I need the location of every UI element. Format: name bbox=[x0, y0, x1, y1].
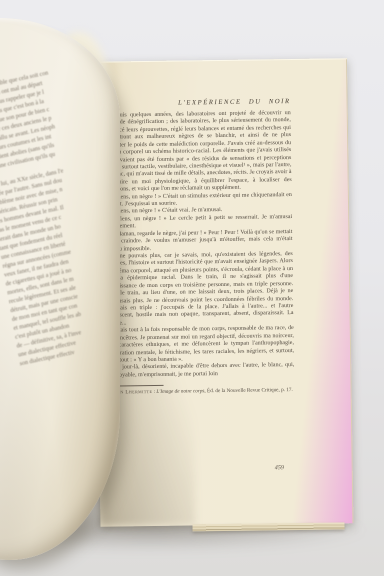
footnote-rest: , Éd. de la Nouvelle Revue Critique, p. … bbox=[204, 387, 292, 394]
paragraph: « Maman, regarde le nègre, j'ai peur ! »… bbox=[104, 229, 292, 254]
book-photo: L'EXPÉRIENCE DU NOIR Depuis quelques ann… bbox=[0, 0, 384, 576]
footnote: 1. Jean Lhermitte : L'Image de notre cor… bbox=[107, 387, 295, 396]
page-number: 459 bbox=[275, 464, 284, 471]
running-header: L'EXPÉRIENCE DU NOIR bbox=[103, 98, 291, 108]
book-right-page: L'EXPÉRIENCE DU NOIR Depuis quelques ann… bbox=[94, 58, 353, 526]
paragraph: Je ne pouvais plus, car je savais, moi, … bbox=[105, 251, 294, 328]
book-left-page-curled: ANONlable. Il semble que cela soit conde… bbox=[0, 18, 120, 560]
footnote-title: L'Image de notre corps bbox=[156, 388, 204, 395]
paragraph: J'étais tout à la fois responsable de mo… bbox=[106, 325, 294, 365]
paragraph: Depuis quelques années, des laboratoires… bbox=[103, 110, 292, 194]
left-page-text: ANONlable. Il semble que cela soit conde… bbox=[0, 35, 120, 370]
paragraph: Ce jour-là, désorienté, incapable d'être… bbox=[106, 362, 294, 379]
body-text: Depuis quelques années, des laboratoires… bbox=[103, 110, 295, 380]
right-page-content: L'EXPÉRIENCE DU NOIR Depuis quelques ann… bbox=[103, 98, 295, 396]
